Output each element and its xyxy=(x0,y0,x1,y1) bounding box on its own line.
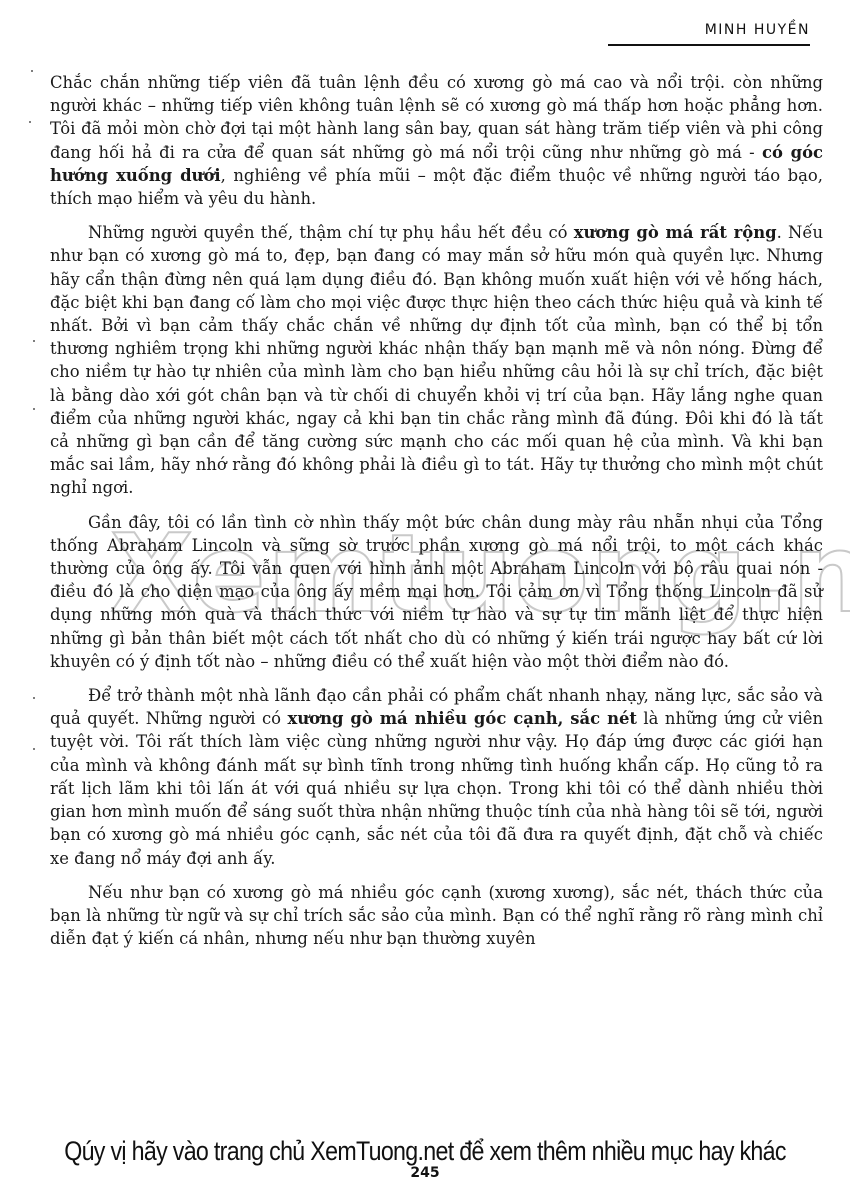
paragraph-5: Nếu như bạn có xương gò má nhiều góc cạn… xyxy=(50,881,823,951)
paragraph-text: Nếu như bạn có xương gò má nhiều góc cạn… xyxy=(50,883,823,948)
paragraph-1: Chắc chắn những tiếp viên đã tuân lệnh đ… xyxy=(50,71,823,210)
paragraph-3: Gần đây, tôi có lần tình cờ nhìn thấy mộ… xyxy=(50,511,823,673)
footer-promo-link[interactable]: Qúy vị hãy vào trang chủ XemTuong.net để… xyxy=(60,1136,791,1167)
scan-speck xyxy=(33,748,35,750)
bold-emphasis: xương gò má nhiều góc cạnh, sắc nét xyxy=(287,709,637,728)
scan-speck xyxy=(33,408,35,410)
bold-emphasis: xương gò má rất rộng xyxy=(574,223,777,242)
scan-speck xyxy=(29,121,31,123)
paragraph-4: Để trở thành một nhà lãnh đạo cần phải c… xyxy=(50,684,823,870)
book-page: MINH HUYỀN Xemtuong.net Chắc chắn những … xyxy=(0,0,850,1185)
paragraph-text: Những người quyền thế, thậm chí tự phụ h… xyxy=(88,223,574,242)
paragraph-text: Gần đây, tôi có lần tình cờ nhìn thấy mộ… xyxy=(50,513,823,671)
paragraph-text: . Nếu như bạn có xương gò má to, đẹp, bạ… xyxy=(50,223,823,497)
page-number: 245 xyxy=(0,1165,850,1181)
scan-speck xyxy=(33,697,35,699)
scan-speck xyxy=(31,70,33,72)
running-header: MINH HUYỀN xyxy=(608,18,810,46)
running-title: MINH HUYỀN xyxy=(705,22,810,38)
paragraph-text: Chắc chắn những tiếp viên đã tuân lệnh đ… xyxy=(50,73,823,162)
scan-speck xyxy=(33,340,35,342)
paragraph-2: Những người quyền thế, thậm chí tự phụ h… xyxy=(50,221,823,499)
paragraph-text: là những ứng cử viên tuyệt vời. Tôi rất … xyxy=(50,709,823,867)
body-text: Chắc chắn những tiếp viên đã tuân lệnh đ… xyxy=(50,71,823,961)
